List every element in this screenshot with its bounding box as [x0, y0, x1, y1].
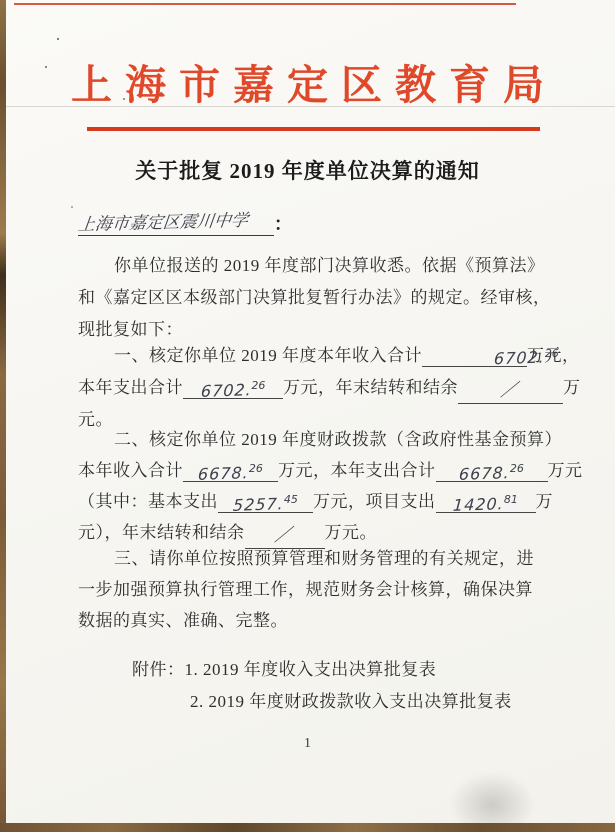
item3-line-1: 三、请你单位按照预算管理和财务管理的有关规定，进: [78, 543, 570, 574]
item2-l4-text: 元），年末结转和结余: [78, 523, 245, 542]
item2-line-1: 二、核定你单位 2019 年度财政拨款（含政府性基金预算）: [78, 424, 570, 455]
blank-fill-expense-total: 6702.26: [183, 375, 283, 399]
handwritten-decimal: 26: [510, 462, 524, 475]
item2-l3-post: 万: [536, 492, 554, 511]
item1-l1-text: 一、核定你单位 2019 年度本年收入合计: [114, 346, 422, 365]
attachments-list: 附件：1. 2019 年度收入支出决算批复表 2. 2019 年度财政拨款收入支…: [78, 654, 512, 718]
attachment-line-1: 附件：1. 2019 年度收入支出决算批复表: [78, 654, 512, 686]
item2-paragraph: 二、核定你单位 2019 年度财政拨款（含政府性基金预算） 本年收入合计6678…: [78, 424, 570, 548]
attachments-label: 附件：: [132, 660, 185, 679]
blank-fill-income-total: 6702.26: [422, 343, 527, 367]
item3-line-2: 一步加强预算执行管理工作，规范财务会计核算，确保决算: [78, 574, 570, 605]
handwritten-decimal: 26: [251, 379, 265, 392]
item2-line-3: （其中：基本支出5257.45万元，项目支出1420.81万: [78, 486, 570, 517]
paper-edge-bottom: [0, 823, 615, 832]
intro-line-1: 你单位报送的 2019 年度部门决算收悉。依据《预算法》: [78, 250, 570, 282]
handwritten-decimal: 26: [249, 462, 263, 475]
blank-fill-fiscal-income: 6678.26: [183, 458, 278, 482]
attachment-item-1: 1. 2019 年度收入支出决算批复表: [185, 660, 437, 679]
recipient-line: 上海市嘉定区震川中学：: [78, 210, 292, 236]
item1-l2-post: 万: [563, 378, 581, 397]
item2-l2-post: 万元: [548, 461, 583, 480]
blank-fill-project-expense: 1420.81: [436, 489, 536, 513]
recipient-underline: 上海市嘉定区震川中学: [78, 210, 274, 236]
red-separator-line: [87, 127, 540, 131]
item1-line-2: 本年支出合计6702.26万元，年末结转和结余／万: [78, 372, 570, 404]
blank-fill-fiscal-expense: 6678.26: [436, 458, 548, 482]
item3-line-3: 数据的真实、准确、完整。: [78, 605, 570, 636]
item2-line-2: 本年收入合计6678.26万元，本年支出合计6678.26万元: [78, 455, 570, 486]
attachment-line-2: 2. 2019 年度财政拨款收入支出决算批复表: [78, 686, 512, 718]
bureau-name: 上海市嘉定区教育局: [0, 52, 615, 111]
handwritten-decimal: 45: [284, 493, 298, 506]
blank-fill-carryover: ／: [458, 380, 563, 404]
intro-line-2: 和《嘉定区区本级部门决算批复暂行办法》的规定。经审核，: [78, 282, 570, 314]
item2-l3-mid: 万元，项目支出: [313, 492, 436, 511]
intro-paragraph: 你单位报送的 2019 年度部门决算收悉。依据《预算法》 和《嘉定区区本级部门决…: [78, 250, 570, 346]
paper-edge-left: [0, 0, 6, 832]
recipient-colon: ：: [274, 214, 292, 234]
item1-l2-mid: 万元，年末结转和结余: [283, 378, 458, 397]
handwritten-amount: 1420.: [452, 493, 504, 517]
handwritten-recipient: 上海市嘉定区震川中学: [77, 209, 250, 238]
scan-artifact-specks: [57, 38, 59, 40]
blank-fill-basic-expense: 5257.45: [218, 489, 313, 513]
item2-l2-text: 本年收入合计: [78, 461, 183, 480]
handwritten-amount: 6678.: [458, 462, 510, 486]
handwritten-decimal: 81: [504, 493, 518, 506]
item2-l3-text: （其中：基本支出: [78, 492, 218, 511]
item3-paragraph: 三、请你单位按照预算管理和财务管理的有关规定，进 一步加强预算执行管理工作，规范…: [78, 543, 570, 636]
scanned-document: 上海市嘉定区教育局 关于批复 2019 年度单位决算的通知 上海市嘉定区震川中学…: [0, 0, 615, 832]
attachment-item-2: 2. 2019 年度财政拨款收入支出决算批复表: [190, 692, 512, 711]
page-number: 1: [0, 736, 615, 752]
scan-artifact-smudge: [450, 772, 535, 827]
handwritten-amount: 6702.: [200, 379, 252, 403]
handwritten-amount: 6678.: [197, 462, 249, 486]
item2-l2-mid: 万元，本年支出合计: [278, 461, 436, 480]
handwritten-amount: 5257.: [232, 493, 284, 517]
item1-line-1: 一、核定你单位 2019 年度本年收入合计6702.26万元，: [78, 340, 570, 372]
doc-title: 关于批复 2019 年度单位决算的通知: [0, 155, 615, 185]
handwritten-amount: 6702.: [457, 346, 545, 371]
item2-l4-post: 万元。: [325, 523, 378, 542]
item1-l2-text: 本年支出合计: [78, 378, 183, 397]
item1-paragraph: 一、核定你单位 2019 年度本年收入合计6702.26万元， 本年支出合计67…: [78, 340, 570, 436]
handwritten-slash: ／: [499, 380, 522, 402]
top-red-scan-line: [14, 3, 516, 5]
